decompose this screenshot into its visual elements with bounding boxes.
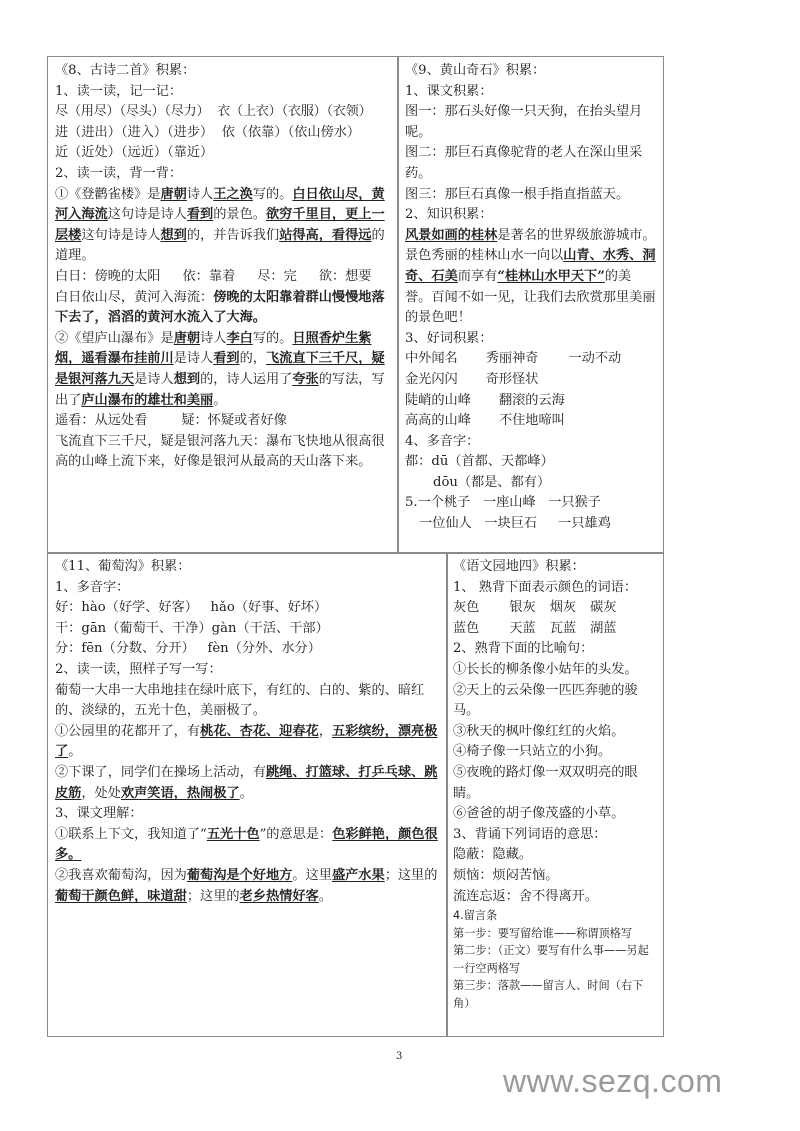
garden4-simile: ①长长的柳条像小姑年的头发。 [453, 660, 659, 681]
lesson8-explain2: 飞流直下三千尺，疑是银河落九天：瀑布飞快地从很高很高的山峰上流下来，好像是银河从… [55, 432, 392, 473]
lesson9-s4-heading: 4、多音字： [405, 432, 657, 453]
garden4-s4-heading: 4.留言条 [453, 907, 659, 925]
garden4-simile: ⑥爸爸的胡子像茂盛的小草。 [453, 804, 659, 825]
garden4-title: 《语文园地四》积累： [453, 557, 659, 578]
lesson9-word-row: 高高的山峰不住地啼叫 [405, 411, 657, 432]
lesson8-s1-line: 近（近处）（远近）（靠近） [55, 143, 392, 164]
garden4-s2-heading: 2、熟背下面的比喻句： [453, 639, 659, 660]
lesson11-question2: ②我喜欢葡萄沟，因为葡萄沟是个好地方。这里盛产水果；这里的葡萄干颜色鲜，味道甜；… [55, 866, 441, 907]
garden4-step: 第三步：落款——留言人、时间（右下角） [453, 977, 659, 1012]
lesson8-s1-line: 尽（用尽）（尽头）（尽力） 衣（上衣）（衣服）（衣领） [55, 102, 392, 123]
lesson11-poly-line: 好：hào（好学、好客） hǎo（好事、好坏） [55, 598, 441, 619]
lesson9-s1-line: 图一：那石头好像一只天狗，在抬头望月呢。 [405, 102, 657, 143]
lesson9-title: 《9、黄山奇石》积累： [405, 61, 657, 82]
lesson9-s5-line: 一位仙人 一块巨石 一只雄鸡 [405, 514, 657, 535]
lesson8-cell: 《8、古诗二首》积累： 1、读一读，记一记： 尽（用尽）（尽头）（尽力） 衣（上… [47, 56, 399, 554]
lesson8-poem2-paragraph: ②《望庐山瀑布》是唐朝诗人李白写的。日照香炉生紫烟，遥看瀑布挂前川是诗人看到的，… [55, 329, 392, 411]
lesson9-word-row: 中外闻名秀丽神奇一动不动 [405, 349, 657, 370]
lesson9-word-row: 金光闪闪奇形怪状 [405, 370, 657, 391]
lesson9-s1-line: 图二：那巨石真像驼背的老人在深山里采药。 [405, 143, 657, 184]
lesson9-s1-line: 图三：那巨石真像一根手指直指蓝天。 [405, 185, 657, 206]
lesson8-s2-heading: 2、读一读，背一背： [55, 164, 392, 185]
garden4-meaning: 烦恼：烦闷苦恼。 [453, 866, 659, 887]
lesson9-poly-line: dōu（都是、都有） [405, 473, 657, 494]
lesson9-s3-heading: 3、好词积累： [405, 329, 657, 350]
garden4-meaning: 流连忘返：舍不得离开。 [453, 887, 659, 908]
garden4-simile: ④椅子像一只站立的小狗。 [453, 742, 659, 763]
lesson9-poly-line: 都：dū（首都、天都峰） [405, 452, 657, 473]
garden4-s1-heading: 1、 熟背下面表示颜色的词语： [453, 578, 659, 599]
lesson8-s1-heading: 1、读一读，记一记： [55, 82, 392, 103]
watermark: www.sezq.com [503, 1063, 722, 1100]
garden4-cell: 《语文园地四》积累： 1、 熟背下面表示颜色的词语： 灰色银灰烟灰碳灰 蓝色天蓝… [446, 552, 664, 1037]
lesson9-cell: 《9、黄山奇石》积累： 1、课文积累： 图一：那石头好像一只天狗，在抬头望月呢。… [397, 56, 664, 554]
lesson9-s2-heading: 2、知识积累： [405, 205, 657, 226]
lesson8-poem1-paragraph: ①《登鹳雀楼》是唐朝诗人王之涣写的。白日依山尽，黄河入海流这句诗是诗人看到的景色… [55, 185, 392, 267]
garden4-meaning: 隐蔽：隐藏。 [453, 845, 659, 866]
garden4-step: 第一步：要写留给谁——称谓顶格写 [453, 925, 659, 943]
garden4-simile: ②天上的云朵像一匹匹奔驰的骏马。 [453, 681, 659, 722]
lesson11-title: 《11、葡萄沟》积累： [55, 557, 441, 578]
lesson11-poly-line: 干：gān（葡萄干、干净）gàn（干活、干部） [55, 619, 441, 640]
lesson8-explain1: 白日依山尽，黄河入海流：傍晚的太阳靠着群山慢慢地落下去了，滔滔的黄河水流入了大海… [55, 288, 392, 329]
lesson11-s2-text: 葡萄一大串一大串地挂在绿叶底下，有红的、白的、紫的、暗红的、淡绿的，五光十色，美… [55, 681, 441, 722]
lesson11-example1: ①公园里的花都开了，有桃花、杏花、迎春花，五彩缤纷，漂亮极了。 [55, 722, 441, 763]
garden4-s3-heading: 3、背诵下列词语的意思： [453, 825, 659, 846]
lesson11-cell: 《11、葡萄沟》积累： 1、多音字： 好：hào（好学、好客） hǎo（好事、好… [47, 552, 448, 1037]
garden4-color-row: 蓝色天蓝瓦蓝湖蓝 [453, 619, 659, 640]
garden4-step: 第二步：（正文）要写有什么事——另起一行空两格写 [453, 942, 659, 977]
lesson11-question1: ①联系上下文，我知道了“五光十色”的意思是：色彩鲜艳，颜色很多。 [55, 825, 441, 866]
lesson11-s2-heading: 2、读一读，照样子写一写： [55, 660, 441, 681]
lesson8-gloss2: 遥看：从远处看疑：怀疑或者好像 [55, 411, 392, 432]
lesson11-example2: ②下课了，同学们在操场上活动，有跳绳、打篮球、打乒乓球、跳皮筋，处处欢声笑语，热… [55, 763, 441, 804]
garden4-simile: ③秋天的枫叶像红红的火焰。 [453, 722, 659, 743]
lesson8-s1-line: 进（进出）（进入）（进步） 依（依靠）（依山傍水） [55, 123, 392, 144]
lesson11-s1-heading: 1、多音字： [55, 578, 441, 599]
lesson9-s5-line: 5.一个桃子 一座山峰 一只猴子 [405, 493, 657, 514]
garden4-simile: ⑤夜晚的路灯像一双双明亮的眼睛。 [453, 763, 659, 804]
lesson8-title: 《8、古诗二首》积累： [55, 61, 392, 82]
page-number: 3 [396, 1051, 402, 1062]
lesson9-s2-paragraph: 风景如画的桂林是著名的世界级旅游城市。景色秀丽的桂林山水一向以山青、水秀、洞奇、… [405, 226, 657, 329]
lesson11-poly-line: 分：fēn（分数、分开） fèn（分外、水分） [55, 639, 441, 660]
lesson9-s1-heading: 1、课文积累： [405, 82, 657, 103]
garden4-color-row: 灰色银灰烟灰碳灰 [453, 598, 659, 619]
lesson9-word-row: 陡峭的山峰翻滚的云海 [405, 391, 657, 412]
lesson8-gloss1: 白日：傍晚的太阳依：靠着尽：完欲：想要 [55, 267, 392, 288]
lesson11-s3-heading: 3、课文理解： [55, 804, 441, 825]
